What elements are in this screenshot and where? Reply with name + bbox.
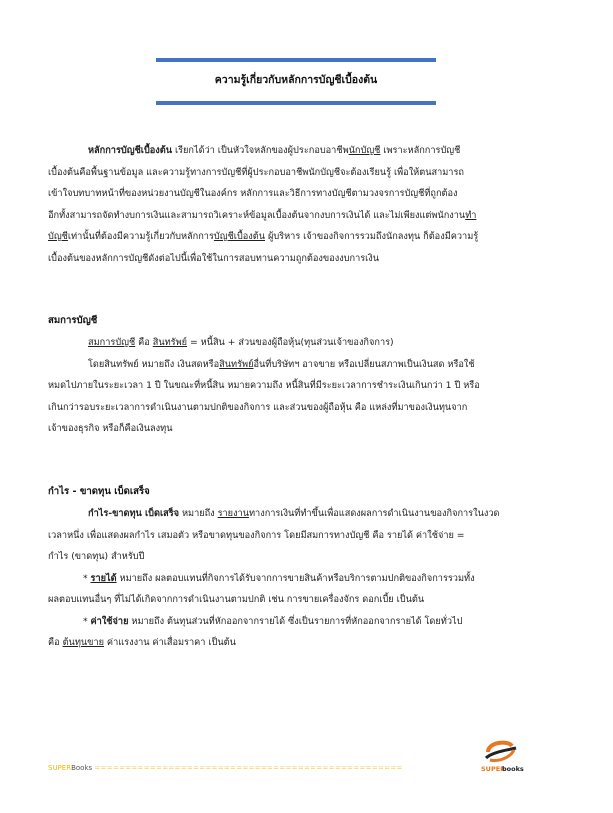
page-title: ความรู้เกี่ยวกับหลักการบัญชีเบื้องต้น — [156, 71, 436, 88]
text-run: คือ — [135, 337, 153, 348]
paragraph-line: คือ ต้นทุนขาย ค่าแรงงาน ค่าเสื่อมราคา เป… — [48, 632, 573, 654]
paragraph-line: เข้าใจบทบาทหน้าที่ของหน่วยงานบัญชีในองค์… — [48, 183, 573, 205]
text-run: * — [83, 616, 91, 627]
superbooks-logo-icon: SUPER books — [478, 738, 524, 774]
text-run: ทางการเงินที่ทำขึ้นเพื่อแสดงผลการดำเนินง… — [249, 508, 499, 519]
section-heading-accounting-equation: สมการบัญชี — [48, 313, 97, 328]
footer-brand: SUPERBooks =============================… — [48, 764, 403, 772]
bold-term: ค่าใช้จ่าย — [91, 616, 129, 627]
intro-paragraph: หลักการบัญชีเบื้องต้น เรียกได้ว่า เป็นหั… — [48, 140, 573, 269]
footer-divider: ========================================… — [94, 764, 402, 772]
text-run: เพราะหลักการบัญชี — [380, 145, 460, 156]
footer-brand-super: SUPER — [48, 764, 71, 772]
paragraph-line: ผลตอบแทนอื่นๆ ที่ไม่ได้เกิดจากการดำเนินง… — [48, 589, 573, 611]
text-run: เบื้องต้นของหลักการบัญชีดังต่อไปนี้เพื่อ… — [48, 253, 379, 264]
paragraph-line: เกินกว่ารอบระยะเวลาการดำเนินงานตามปกติขอ… — [48, 397, 573, 419]
paragraph-line: * ค่าใช้จ่าย หมายถึง ต้นทุนส่วนที่หักออก… — [48, 611, 573, 633]
profit-loss-paragraph: กำไร-ขาดทุน เบ็ดเสร็จ หมายถึง รายงานทางก… — [48, 503, 573, 654]
text-run: หมดไปภายในระยะเวลา 1 ปี ในขณะที่หนี้สิน … — [48, 380, 480, 391]
text-run: ผู้บริหาร เจ้าของกิจการรวมถึงนักลงทุน ก็… — [265, 231, 478, 242]
text-run: * — [83, 573, 91, 584]
underlined-term: บัญชีเบื้องต้น — [214, 231, 265, 242]
text-run: หมายถึง ผลตอบแทนที่กิจการได้รับจากการขาย… — [117, 573, 475, 584]
text-run: เบื้องต้นคือพื้นฐานข้อมูล และความรู้ทางก… — [48, 167, 464, 178]
paragraph-line: บัญชีเท่านั้นที่ต้องมีความรู้เกี่ยวกับหล… — [48, 226, 573, 248]
underlined-term: บัญชี — [48, 231, 68, 242]
title-rule-bottom — [156, 101, 436, 105]
bold-term: กำไร-ขาดทุน เบ็ดเสร็จ — [88, 508, 179, 519]
text-run: เจ้าของธุรกิจ หรือก็คือเงินลงทุน — [48, 423, 172, 434]
svg-text:books: books — [502, 765, 524, 773]
text-run: เข้าใจบทบาทหน้าที่ของหน่วยงานบัญชีในองค์… — [48, 188, 458, 199]
underlined-term: ต้นทุนขาย — [63, 637, 104, 648]
paragraph-line: โดยสินทรัพย์ หมายถึง เงินสดหรือสินทรัพย์… — [48, 354, 573, 376]
paragraph-line: อีกทั้งสามารถจัดทำงบการเงินและสามารถวิเค… — [48, 205, 573, 227]
title-rule-top — [156, 58, 436, 62]
accounting-equation-paragraph: สมการบัญชี คือ สินทรัพย์ = หนี้สิน + ส่ว… — [48, 332, 573, 440]
text-run: เท่านั้นที่ต้องมีความรู้เกี่ยวกับหลักการ — [68, 231, 214, 242]
paragraph-line: หลักการบัญชีเบื้องต้น เรียกได้ว่า เป็นหั… — [48, 140, 573, 162]
paragraph-line: เบื้องต้นคือพื้นฐานข้อมูล และความรู้ทางก… — [48, 162, 573, 184]
text-run: ผลตอบแทนอื่นๆ ที่ไม่ได้เกิดจากการดำเนินง… — [48, 594, 424, 605]
text-run: = หนี้สิน + ส่วนของผู้ถือหุ้น(ทุนส่วนเจ้… — [187, 337, 394, 348]
text-run: หมายถึง — [179, 508, 218, 519]
underlined-term: นักบัญชี — [349, 145, 381, 156]
underlined-term: รายได้ — [91, 573, 117, 584]
bold-term: หลักการบัญชีเบื้องต้น — [88, 145, 172, 156]
paragraph-line: เวลาหนึ่ง เพื่อแสดงผลกำไร เสมอตัว หรือขา… — [48, 525, 573, 547]
text-run: หมายถึง ต้นทุนส่วนที่หักออกจากรายได้ ซึ่… — [128, 616, 462, 627]
paragraph-line: กำไร (ขาดทุน) สำหรับปี — [48, 546, 573, 568]
footer-brand-books: Books — [71, 764, 92, 772]
paragraph-line: หมดไปภายในระยะเวลา 1 ปี ในขณะที่หนี้สิน … — [48, 375, 573, 397]
text-run: โดยสินทรัพย์ หมายถึง เงินสดหรือ — [88, 359, 219, 370]
section-heading-profit-loss: กำไร - ขาดทุน เบ็ดเสร็จ — [48, 484, 150, 499]
paragraph-line: * รายได้ หมายถึง ผลตอบแทนที่กิจการได้รับ… — [48, 568, 573, 590]
text-run: เกินกว่ารอบระยะเวลาการดำเนินงานตามปกติขอ… — [48, 402, 467, 413]
text-run: กำไร (ขาดทุน) สำหรับปี — [48, 551, 144, 562]
text-run: เวลาหนึ่ง เพื่อแสดงผลกำไร เสมอตัว หรือขา… — [48, 530, 464, 541]
underlined-term: ทำ — [465, 210, 476, 221]
text-run: อื่นที่บริษัทฯ อาจขาย หรือเปลี่ยนสภาพเป็… — [253, 359, 474, 370]
underlined-term: สมการบัญชี — [88, 337, 135, 348]
underlined-term: รายงาน — [218, 508, 249, 519]
text-run: อีกทั้งสามารถจัดทำงบการเงินและสามารถวิเค… — [48, 210, 465, 221]
paragraph-line: เจ้าของธุรกิจ หรือก็คือเงินลงทุน — [48, 418, 573, 440]
underlined-term: สินทรัพย์ — [153, 337, 187, 348]
paragraph-line: กำไร-ขาดทุน เบ็ดเสร็จ หมายถึง รายงานทางก… — [48, 503, 573, 525]
underlined-term: สินทรัพย์ — [219, 359, 253, 370]
text-run: เรียกได้ว่า เป็นหัวใจหลักของผู้ประกอบอาช… — [172, 145, 349, 156]
paragraph-line: เบื้องต้นของหลักการบัญชีดังต่อไปนี้เพื่อ… — [48, 248, 573, 270]
paragraph-line: สมการบัญชี คือ สินทรัพย์ = หนี้สิน + ส่ว… — [48, 332, 573, 354]
text-run: คือ — [48, 637, 63, 648]
text-run: ค่าแรงงาน ค่าเสื่อมราคา เป็นต้น — [104, 637, 236, 648]
